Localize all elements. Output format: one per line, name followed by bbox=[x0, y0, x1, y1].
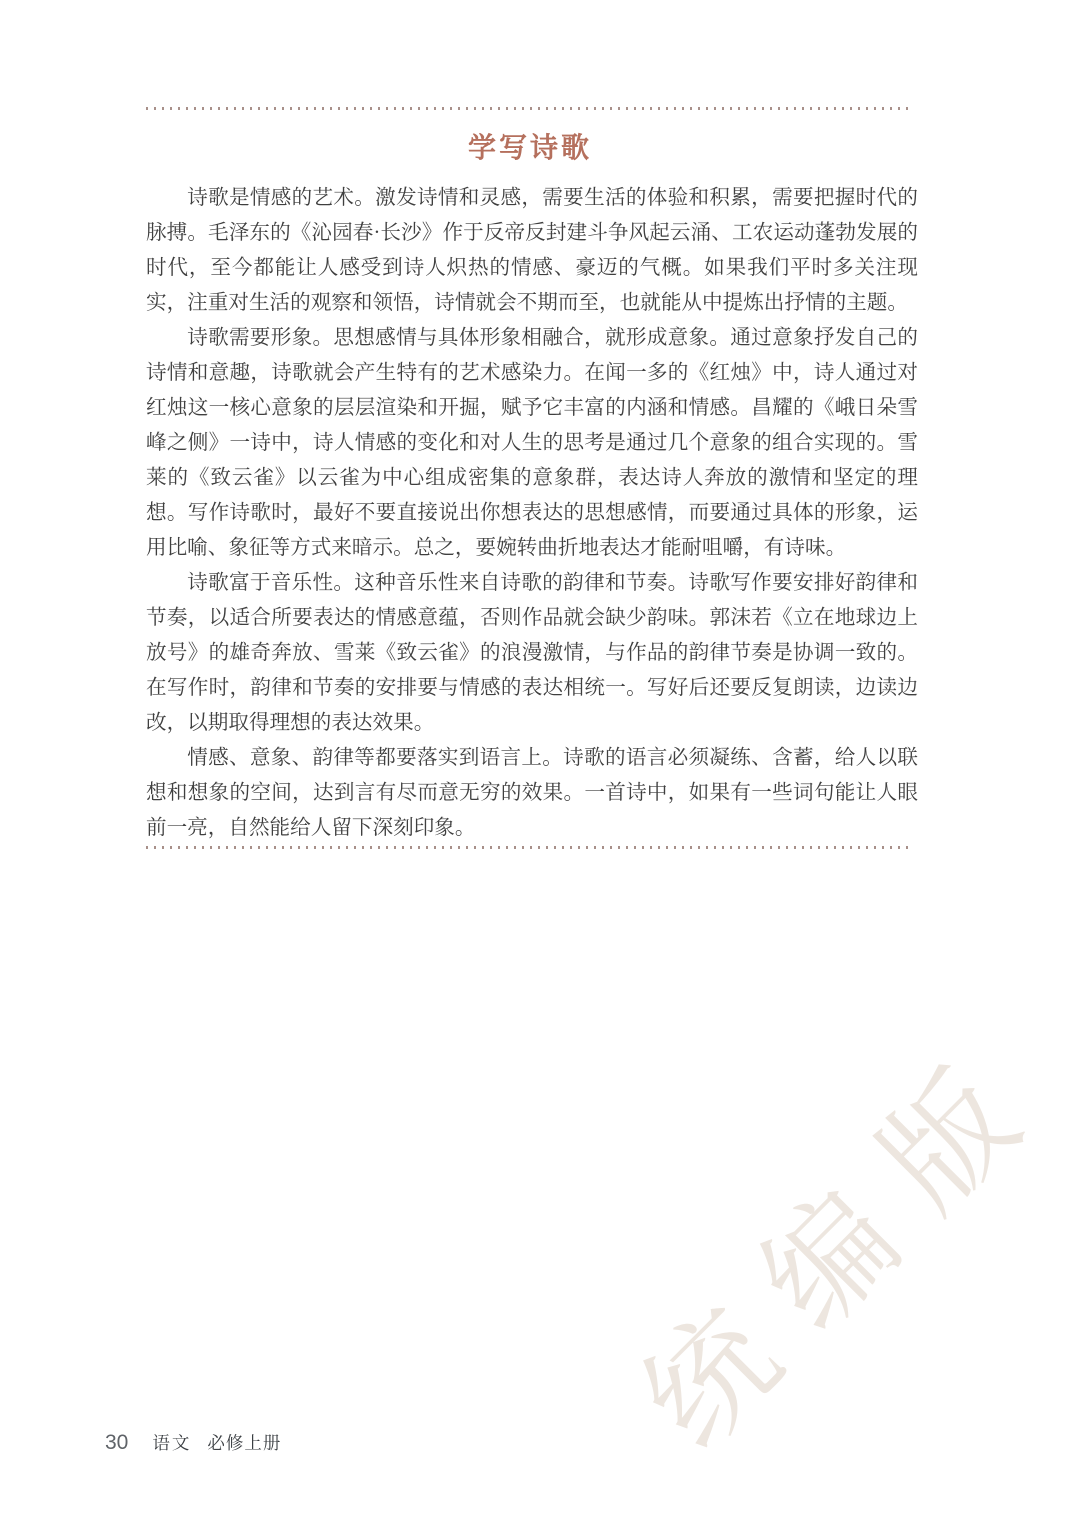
textbook-page: 学写诗歌 诗歌是情感的艺术。激发诗情和灵感，需要生活的体验和积累，需要把握时代的… bbox=[0, 0, 1080, 1527]
footer-volume-label: 必修上册 bbox=[207, 1430, 281, 1455]
body-paragraph-3: 诗歌富于音乐性。这种音乐性来自诗歌的韵律和节奏。诗歌写作要安排好韵律和节奏，以适… bbox=[146, 566, 918, 741]
footer-subject-label: 语文 bbox=[152, 1430, 191, 1455]
body-paragraph-2: 诗歌需要形象。思想感情与具体形象相融合，就形成意象。通过意象抒发自己的诗情和意趣… bbox=[146, 321, 918, 566]
edition-watermark: 统编版 bbox=[596, 996, 1080, 1480]
page-number: 30 bbox=[105, 1431, 128, 1455]
body-paragraph-1: 诗歌是情感的艺术。激发诗情和灵感，需要生活的体验和积累，需要把握时代的脉搏。毛泽… bbox=[146, 181, 918, 321]
top-dotted-rule bbox=[146, 107, 914, 110]
page-title: 学写诗歌 bbox=[146, 128, 914, 168]
body-paragraph-4: 情感、意象、韵律等都要落实到语言上。诗歌的语言必须凝练、含蓄，给人以联想和想象的… bbox=[146, 741, 918, 846]
body-text: 诗歌是情感的艺术。激发诗情和灵感，需要生活的体验和积累，需要把握时代的脉搏。毛泽… bbox=[146, 181, 918, 846]
page-footer: 30 语文 必修上册 bbox=[105, 1430, 281, 1455]
bottom-dotted-rule bbox=[146, 846, 914, 849]
